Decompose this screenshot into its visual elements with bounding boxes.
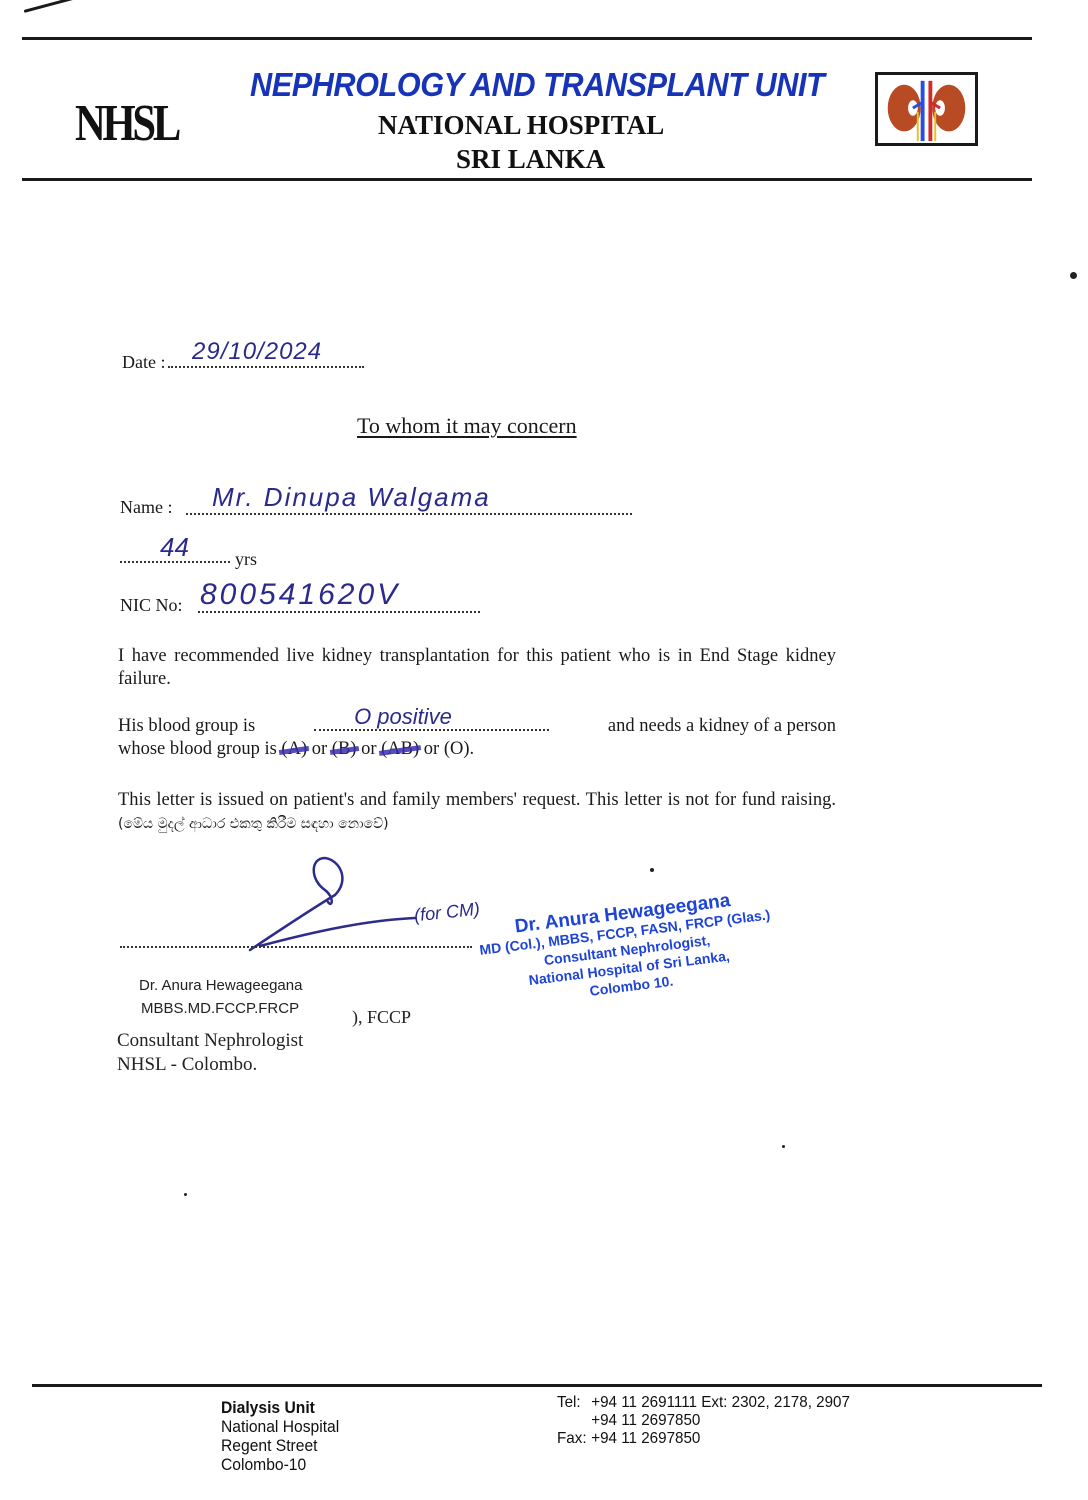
date-value: 29/10/2024 [192, 338, 322, 366]
signature-dotted-line [120, 944, 472, 948]
name-label: Name : [120, 497, 172, 518]
footer-address-line: Colombo-10 [221, 1455, 339, 1474]
blood-group-paragraph: His blood group is O positive and needs … [118, 715, 836, 761]
scan-speck [650, 868, 654, 872]
hospital-name: NATIONAL HOSPITAL [378, 110, 664, 141]
footer-address: Dialysis Unit National Hospital Regent S… [221, 1398, 339, 1474]
scan-speck [184, 1193, 187, 1196]
footer-address-line: National Hospital [221, 1417, 339, 1436]
unit-title: NEPHROLOGY AND TRANSPLANT UNIT [250, 66, 824, 104]
blood-option-o: (O) [444, 739, 470, 759]
printed-qualification-fragment: ), FCCP [352, 1007, 411, 1028]
recommendation-paragraph: I have recommended live kidney transplan… [118, 645, 836, 691]
blood-option-ab: (AB) [381, 738, 419, 761]
age-unit: yrs [235, 549, 257, 570]
nic-label: NIC No: [120, 595, 183, 616]
disclaimer-sinhala: (මේය මුදල් ආධාර එකතු කිරීම සඳහා නොවේ) [118, 816, 389, 832]
nhsl-logo: NHSL [75, 98, 178, 150]
printed-doctor-qualifications: MBBS.MD.FCCP.FRCP [141, 1000, 299, 1017]
header-top-rule [22, 37, 1032, 40]
hospital-country: SRI LANKA [456, 144, 605, 175]
scan-speck [1070, 272, 1077, 279]
blood-group-suffix: and needs a kidney of a person [608, 715, 836, 738]
printed-doctor-institution: NHSL - Colombo. [117, 1054, 257, 1076]
tel-number: +94 11 2697850 [591, 1412, 700, 1430]
footer-rule [32, 1384, 1042, 1387]
fax-number: +94 11 2697850 [591, 1430, 700, 1448]
nic-number: 800541620V [200, 578, 400, 612]
kidneys-icon [875, 72, 978, 146]
disclaimer-text: This letter is issued on patient's and f… [118, 790, 836, 810]
blood-group-dotted-line: O positive [314, 725, 549, 731]
printed-doctor-name: Dr. Anura Hewageegana [139, 977, 302, 994]
fax-label: Fax: [557, 1430, 591, 1448]
blood-group-value: O positive [354, 705, 452, 728]
date-label: Date : [122, 352, 165, 373]
footer-contacts: Tel: +94 11 2691111 Ext: 2302, 2178, 290… [557, 1394, 850, 1448]
scan-mark [24, 0, 85, 13]
letter-subject: To whom it may concern [357, 413, 577, 439]
blood-option-a: (A) [281, 738, 307, 761]
blood-option-b: (B) [332, 738, 357, 761]
compatible-groups-prefix: whose blood group is [118, 739, 277, 759]
scan-speck [782, 1145, 785, 1148]
printed-doctor-title: Consultant Nephrologist [117, 1030, 303, 1052]
patient-name: Mr. Dinupa Walgama [212, 482, 491, 513]
blood-group-prefix: His blood group is [118, 715, 255, 738]
patient-age: 44 [160, 532, 189, 563]
header-bottom-rule [22, 178, 1032, 181]
footer-address-line: Regent Street [221, 1436, 339, 1455]
footer-unit-name: Dialysis Unit [221, 1398, 339, 1417]
tel-number: +94 11 2691111 Ext: 2302, 2178, 2907 [591, 1394, 850, 1412]
tel-label: Tel: [557, 1394, 591, 1412]
disclaimer-paragraph: This letter is issued on patient's and f… [118, 789, 836, 836]
